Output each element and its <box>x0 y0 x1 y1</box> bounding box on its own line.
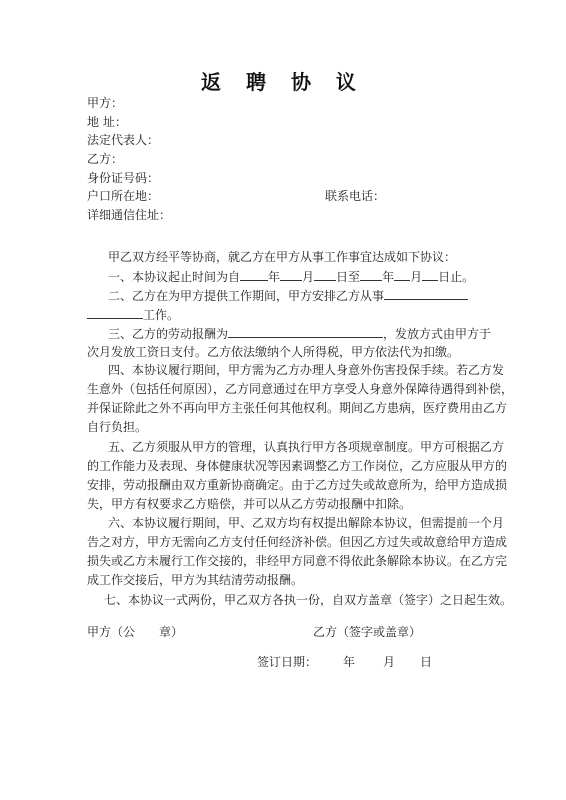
clause-4-line-4: 自行负担。 <box>87 420 147 435</box>
party-a-field: 甲方： <box>87 96 123 111</box>
clause-5-line-4: 失，甲方有权要求乙方赔偿，并可以从乙方劳动报酬中扣除。 <box>87 497 411 512</box>
clause-5-line-1: 五、乙方须服从甲方的管理，认真执行甲方各项规章制度。甲方可根据乙方 <box>108 440 504 455</box>
signing-month-label: 月 <box>383 655 395 670</box>
day-end-label: 日止。 <box>438 270 474 284</box>
start-month-blank <box>280 269 302 281</box>
end-day-blank <box>422 269 438 281</box>
job-blank-2 <box>87 307 143 319</box>
clause-6-line-4: 成工作交接后，甲方为其结清劳动报酬。 <box>87 573 303 588</box>
year-label-2: 年 <box>382 270 394 284</box>
clause-3: 三、乙方的劳动报酬为，发放方式由甲方于 <box>108 326 491 342</box>
signing-date-label: 签订日期： <box>257 655 317 670</box>
clause-1-prefix: 一、本协议起止时间为自 <box>108 270 240 284</box>
month-label: 月 <box>302 270 314 284</box>
document-page: 返 聘 协 议 甲方： 地 址： 法定代表人： 乙方： 身份证号码： 户口所在地… <box>0 0 566 800</box>
phone-field: 联系电话： <box>325 189 385 204</box>
clause-5-line-3: 安排，劳动报酬由双方重新协商确定。由于乙方过失或故意所为，给甲方造成损 <box>87 478 507 493</box>
clause-2-suffix: 工作。 <box>143 308 179 322</box>
signing-year-label: 年 <box>343 655 355 670</box>
clause-2: 二、乙方在为甲方提供工作期间，甲方安排乙方从事 <box>108 288 468 304</box>
clause-7: 七、本协议一式两份，甲乙双方各执一份，自双方盖章（签字）之日起生效。 <box>104 593 512 608</box>
salary-blank <box>228 326 383 338</box>
document-title: 返 聘 协 议 <box>0 66 566 95</box>
clause-1: 一、本协议起止时间为自年月日至年月日止。 <box>108 269 474 285</box>
clause-4-line-1: 四、本协议履行期间，甲方需为乙方办理人身意外伤害投保手续。若乙方发 <box>108 363 504 378</box>
clause-4-line-2: 生意外（包括任何原因），乙方同意通过在甲方享受人身意外保障待遇得到补偿， <box>87 382 513 397</box>
party-b-signature: 乙方（签字或盖章） <box>313 625 421 640</box>
clause-5-line-2: 的工作能力及表现、身体健康状况等因素调整乙方工作岗位，乙方应服从甲方的 <box>87 459 507 474</box>
clause-3-prefix: 三、乙方的劳动报酬为 <box>108 327 228 341</box>
address-field: 地 址： <box>87 115 127 130</box>
signing-day-label: 日 <box>420 655 432 670</box>
end-year-blank <box>360 269 382 281</box>
clause-6-line-3: 损失或乙方未履行工作交接的，非经甲方同意不得依此条解除本协议。在乙方完 <box>87 554 507 569</box>
start-day-blank <box>314 269 336 281</box>
id-number-field: 身份证号码： <box>87 171 159 186</box>
party-b-field: 乙方： <box>87 152 123 167</box>
clause-2-cont: 工作。 <box>87 307 179 323</box>
clause-3-suffix: ，发放方式由甲方于 <box>383 327 491 341</box>
clause-4-line-3: 并保证除此之外不再向甲方主张任何其他权利。期间乙方患病，医疗费用由乙方 <box>87 401 507 416</box>
job-blank-1 <box>384 288 468 300</box>
clause-6-line-1: 六、本协议履行期间，甲、乙双方均有权提出解除本协议，但需提前一个月 <box>108 516 504 531</box>
household-registration-field: 户口所在地： <box>87 189 159 204</box>
legal-rep-field: 法定代表人： <box>87 133 159 148</box>
month-label-2: 月 <box>410 270 422 284</box>
party-a-seal: 甲方（公 章） <box>87 625 183 640</box>
end-month-blank <box>394 269 410 281</box>
year-label: 年 <box>268 270 280 284</box>
clause-2-prefix: 二、乙方在为甲方提供工作期间，甲方安排乙方从事 <box>108 289 384 303</box>
clause-3-line-2: 次月发放工资日支付。乙方依法缴纳个人所得税，甲方依法代为扣缴。 <box>87 345 459 360</box>
start-year-blank <box>240 269 268 281</box>
mailing-address-field: 详细通信住址： <box>87 208 171 223</box>
day-to-label: 日至 <box>336 270 360 284</box>
clause-6-line-2: 告之对方，甲方无需向乙方支付任何经济补偿。但因乙方过失或故意给甲方造成 <box>87 535 507 550</box>
intro-paragraph: 甲乙双方经平等协商，就乙方在甲方从事工作事宜达成如下协议： <box>108 250 456 265</box>
